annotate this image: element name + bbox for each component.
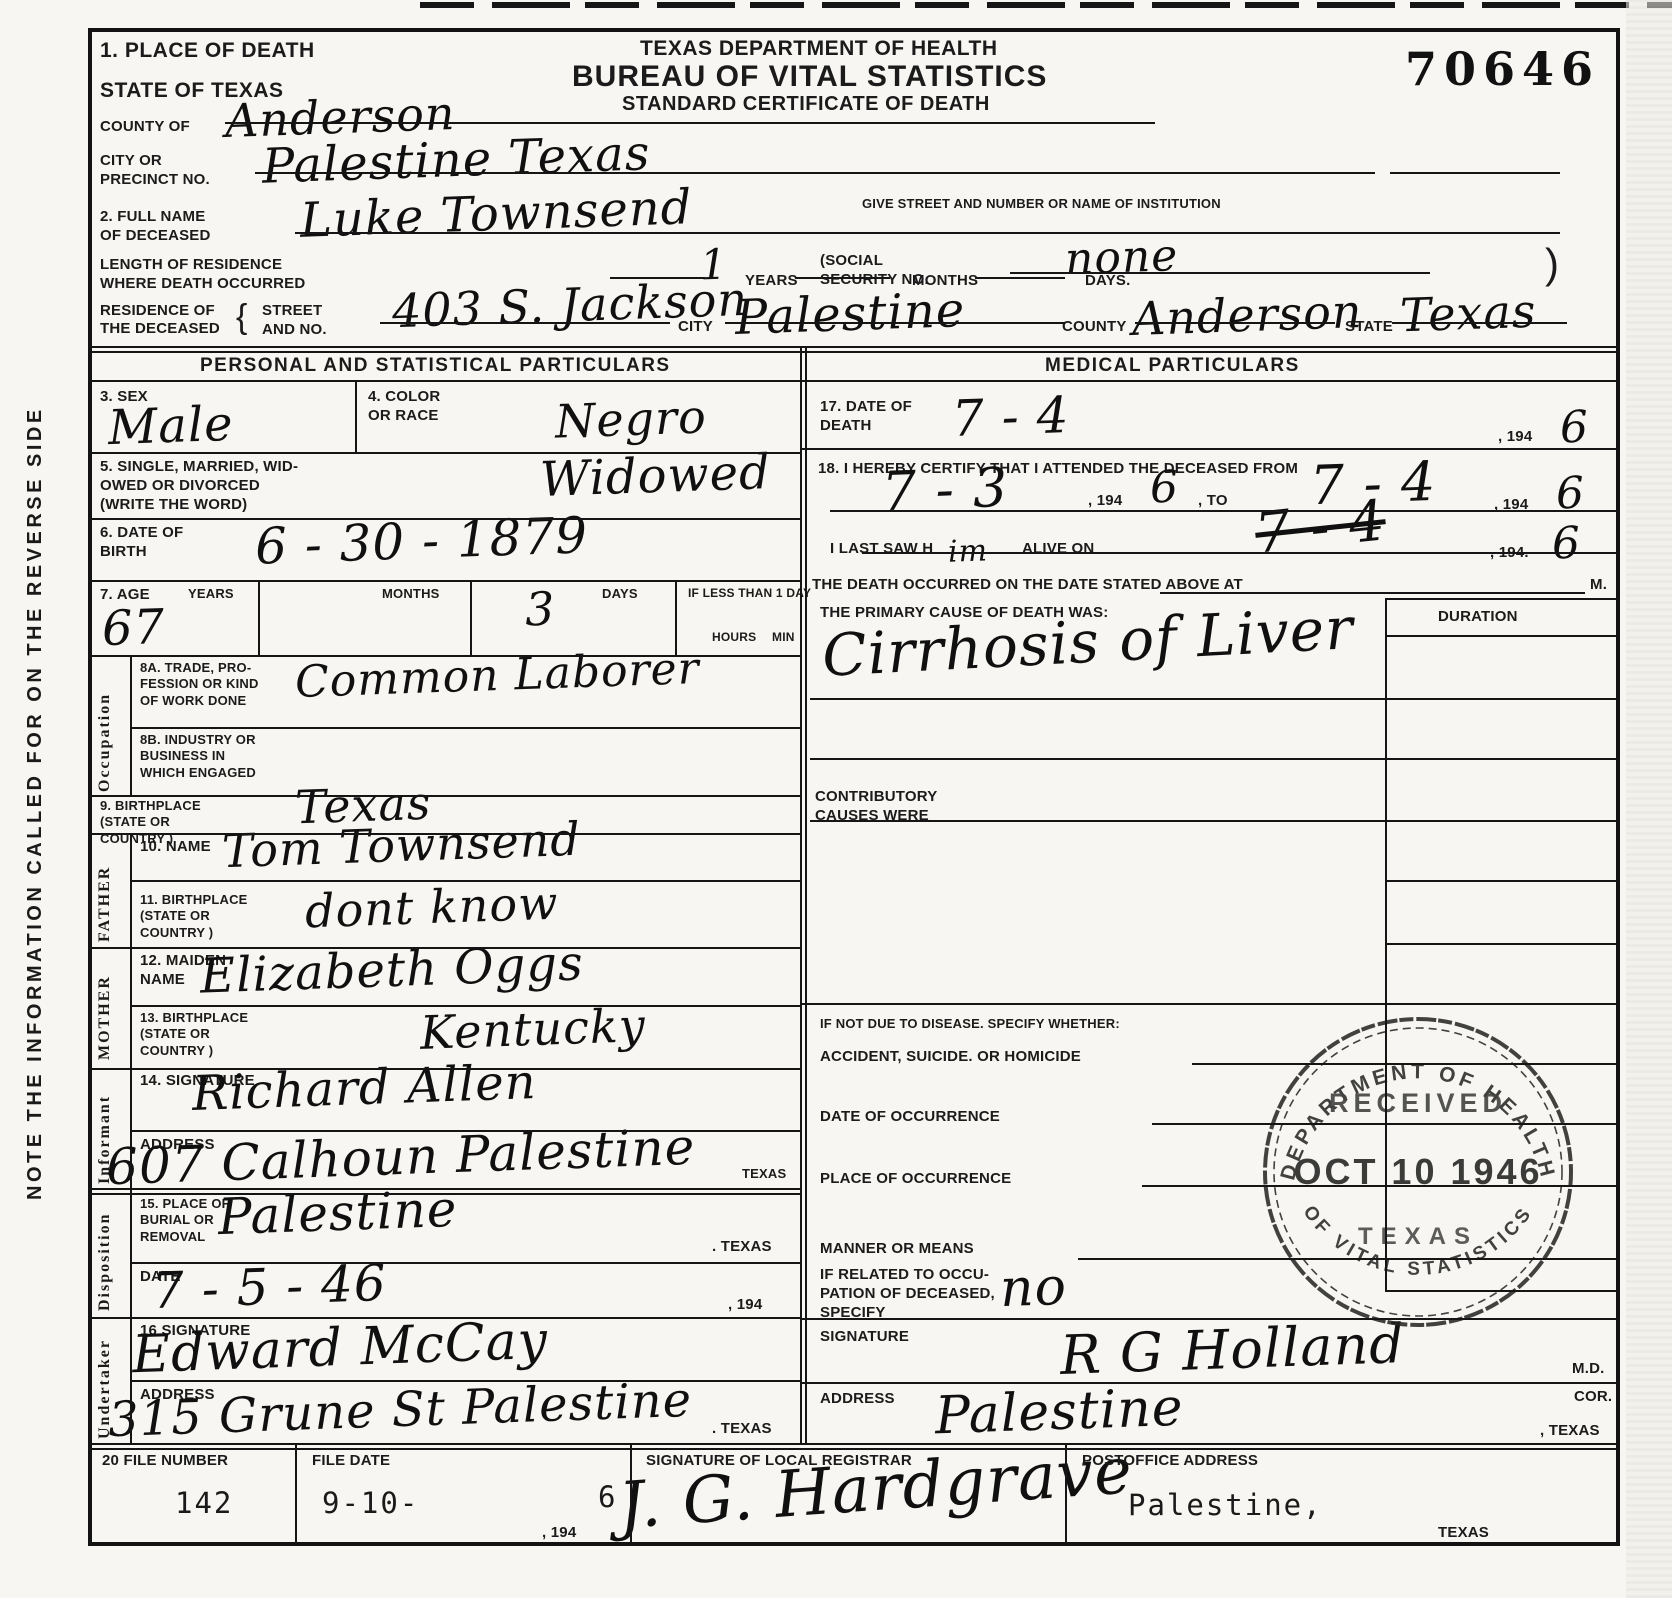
res-county-value: Anderson [1131, 284, 1363, 346]
rule-line [1192, 1063, 1620, 1065]
rule-line-vertical [130, 1068, 132, 1188]
rule-line-vertical [630, 1443, 632, 1543]
rule-line [1160, 592, 1585, 594]
file-194-label: , 194 [542, 1524, 576, 1543]
rule-line-vertical [130, 947, 132, 1068]
place-occurrence-label: PLACE OF OCCURRENCE [820, 1170, 1011, 1189]
rule-line [295, 232, 1560, 234]
rule-line [380, 322, 670, 324]
rule-line-vertical [130, 1188, 132, 1317]
rule-line [1385, 598, 1620, 600]
rule-line [130, 1262, 802, 1264]
standard-title: STANDARD CERTIFICATE OF DEATH [622, 92, 990, 117]
father-name-label: 10. NAME [140, 838, 211, 857]
dob-label: 6. DATE OF BIRTH [100, 524, 183, 562]
rule-line [88, 1443, 1620, 1450]
res-city-label: CITY [678, 318, 713, 337]
rule-line [802, 1318, 1620, 1320]
burial-texas: . TEXAS [712, 1238, 772, 1257]
dod-year-value: 6 [1559, 402, 1590, 454]
postoffice-value: Palestine, [1128, 1488, 1323, 1522]
burial-date-194: , 194 [728, 1296, 762, 1315]
medical-section-title: MEDICAL PARTICULARS [1045, 354, 1300, 378]
rule-line-vertical [355, 382, 357, 452]
father-bp-value: dont know [304, 876, 559, 939]
the-deceased-label: THE DECEASED [100, 320, 220, 339]
rule-line [802, 1003, 1620, 1005]
rule-line [810, 698, 1620, 700]
rule-line [830, 510, 1620, 512]
rule-line [810, 820, 1620, 822]
last-saw-year-value: 6 [1551, 518, 1582, 570]
bottom-texas-label: TEXAS [1438, 1524, 1489, 1543]
rule-line [88, 1188, 802, 1195]
rule-line [1390, 172, 1560, 174]
residence-brace: { [236, 296, 248, 339]
rule-line [1010, 272, 1430, 274]
residence-of-label: RESIDENCE OF [100, 302, 215, 321]
certify-to-label: , TO [1198, 492, 1228, 511]
dod-194: , 194 [1498, 428, 1532, 447]
certify-194a: , 194 [1088, 492, 1122, 511]
rule-line [130, 1130, 802, 1132]
age-days-label: DAYS [602, 586, 638, 602]
certificate-number: 70646 [1405, 42, 1600, 96]
rule-line [88, 346, 1620, 353]
rule-line [255, 172, 1375, 174]
disposition-side-label: Disposition [96, 1196, 114, 1311]
rule-line-vertical [258, 580, 260, 655]
rule-line [725, 322, 1065, 324]
rule-line [88, 655, 802, 657]
dod-value: 7 - 4 [951, 386, 1070, 448]
occupation-side-label: Occupation [96, 662, 114, 792]
rule-line [130, 1380, 802, 1382]
industry-label: 8B. INDUSTRY OR BUSINESS IN WHICH ENGAGE… [140, 732, 256, 781]
related-label: IF RELATED TO OCCU- PATION OF DECEASED, … [820, 1266, 995, 1322]
race-value: Negro [554, 389, 707, 448]
file-date-label: FILE DATE [312, 1452, 390, 1471]
rule-line [88, 833, 802, 835]
rule-line-vertical [800, 346, 807, 1443]
rule-line-vertical [675, 580, 677, 655]
rule-line [225, 122, 1155, 124]
rule-line [802, 1382, 1620, 1384]
age-days-value: 3 [524, 581, 556, 636]
occurred-m-label: M. [1590, 576, 1607, 595]
received-stamp: DEPARTMENT OF HEALTH OF VITAL STATISTICS… [1238, 992, 1598, 1357]
md-label: M.D. [1572, 1360, 1604, 1379]
rule-line [88, 452, 802, 454]
stamp-received: RECEIVED [1329, 1088, 1507, 1118]
res-state-label: STATE [1345, 318, 1393, 337]
informant-sig-value: Richard Allen [191, 1054, 537, 1122]
last-saw-value: 7 - 4 [1252, 488, 1389, 566]
rule-line [802, 448, 1620, 450]
min-label: MIN [772, 630, 795, 645]
if-not-due-label: IF NOT DUE TO DISEASE. SPECIFY WHETHER: [820, 1016, 1120, 1032]
street-and-no-label: STREET AND NO. [262, 302, 327, 340]
bureau-title: BUREAU OF VITAL STATISTICS [572, 58, 1047, 96]
ssn-value: none [1064, 230, 1179, 285]
rule-line [862, 552, 1620, 554]
mother-side-label: MOTHER [96, 955, 114, 1060]
physician-addr-texas: , TEXAS [1540, 1422, 1600, 1441]
sex-value: Male [107, 396, 234, 456]
rule-line [1142, 1185, 1620, 1187]
age-months-label: MONTHS [382, 586, 440, 602]
last-saw-label: I LAST SAW H [830, 540, 933, 559]
rule-line [795, 277, 890, 279]
rule-line [1385, 1290, 1620, 1292]
res-county-label: COUNTY [1062, 318, 1127, 337]
burial-label: 15. PLACE OF BURIAL OR REMOVAL [140, 1196, 230, 1245]
undertaker-addr-texas: . TEXAS [712, 1420, 772, 1439]
rule-line [88, 518, 802, 520]
res-city-value: Palestine [734, 282, 966, 346]
file-date-value: 9-10- [322, 1486, 419, 1520]
file-number-value: 142 [175, 1486, 233, 1520]
rule-line [610, 277, 705, 279]
res-state-value: Texas [1399, 284, 1537, 343]
county-of-label: COUNTY OF [100, 118, 190, 137]
rule-line [1392, 322, 1567, 324]
rule-line [88, 580, 802, 582]
rule-line [975, 277, 1065, 279]
place-of-death-label: 1. PLACE OF DEATH [100, 38, 315, 64]
dob-value: 6 - 30 - 1879 [254, 506, 589, 576]
rule-line [88, 380, 1620, 382]
rule-line [88, 1317, 802, 1319]
dod-label: 17. DATE OF DEATH [820, 398, 912, 436]
duration-label: DURATION [1438, 608, 1518, 627]
trade-label: 8A. TRADE, PRO- FESSION OR KIND OF WORK … [140, 660, 259, 709]
certify-from-value: 7 - 3 [881, 456, 1009, 523]
father-bp-label: 11. BIRTHPLACE (STATE OR COUNTRY ) [140, 892, 248, 941]
rule-line [130, 727, 802, 729]
city-precinct-label: CITY OR PRECINCT NO. [100, 152, 210, 190]
cor-label: COR. [1574, 1388, 1612, 1407]
hours-label: HOURS [712, 630, 756, 645]
physician-addr-value: Palestine [934, 1378, 1184, 1447]
rule-line [88, 795, 802, 797]
mother-bp-value: Kentucky [419, 998, 646, 1060]
rule-line [1078, 1258, 1620, 1260]
death-certificate-scan: NOTE THE INFORMATION CALLED FOR ON THE R… [0, 0, 1672, 1598]
age-years-label: YEARS [188, 586, 234, 602]
rule-line-vertical [130, 833, 132, 947]
personal-section-title: PERSONAL AND STATISTICAL PARTICULARS [200, 354, 671, 378]
rule-line-vertical [1385, 598, 1387, 1290]
full-name-label: 2. FULL NAME OF DECEASED [100, 208, 211, 246]
ssn-close-paren: ) [1545, 238, 1559, 291]
rule-line [88, 1068, 802, 1070]
rule-line-vertical [295, 1443, 297, 1543]
rule-line [1385, 943, 1620, 945]
institution-hint: GIVE STREET AND NUMBER OR NAME OF INSTIT… [862, 196, 1221, 212]
stamp-texas: TEXAS [1358, 1223, 1478, 1250]
file-date-digit: 6 [598, 1480, 617, 1514]
rule-line-vertical [130, 655, 132, 795]
rule-line [1385, 635, 1620, 637]
certify-from-year: 6 [1149, 462, 1180, 514]
marital-label: 5. SINGLE, MARRIED, WID- OWED OR DIVORCE… [100, 458, 298, 514]
postoffice-label: POSTOFFICE ADDRESS [1082, 1452, 1258, 1471]
reverse-side-note: NOTE THE INFORMATION CALLED FOR ON THE R… [24, 320, 47, 1200]
rule-line [810, 758, 1620, 760]
rule-line-vertical [1065, 1443, 1067, 1543]
rule-line [130, 880, 802, 882]
scan-artifact-band [420, 2, 1672, 8]
length-residence-label: LENGTH OF RESIDENCE WHERE DEATH OCCURRED [100, 256, 305, 294]
rule-line-vertical [470, 580, 472, 655]
father-side-label: FATHER [96, 842, 114, 942]
manner-label: MANNER OR MEANS [820, 1240, 974, 1259]
file-number-label: 20 FILE NUMBER [102, 1452, 228, 1471]
last-saw-label2: ALIVE ON [1022, 540, 1094, 559]
related-value: no [999, 1257, 1068, 1319]
mother-bp-label: 13. BIRTHPLACE (STATE OR COUNTRY ) [140, 1010, 248, 1059]
race-label: 4. COLOR OR RACE [368, 388, 440, 426]
rule-line [1385, 880, 1620, 882]
informant-addr-texas: TEXAS [742, 1166, 786, 1182]
physician-sig-label: SIGNATURE [820, 1328, 909, 1347]
rule-line-vertical [130, 1317, 132, 1443]
physician-addr-label: ADDRESS [820, 1390, 895, 1409]
rule-line [1135, 322, 1335, 324]
rule-line [88, 947, 802, 949]
age-years-value: 67 [101, 599, 166, 657]
accident-label: ACCIDENT, SUICIDE. OR HOMICIDE [820, 1048, 1081, 1067]
if-less-label: IF LESS THAN 1 DAY [688, 586, 811, 601]
rule-line [130, 1005, 802, 1007]
date-occurrence-label: DATE OF OCCURRENCE [820, 1108, 1000, 1127]
